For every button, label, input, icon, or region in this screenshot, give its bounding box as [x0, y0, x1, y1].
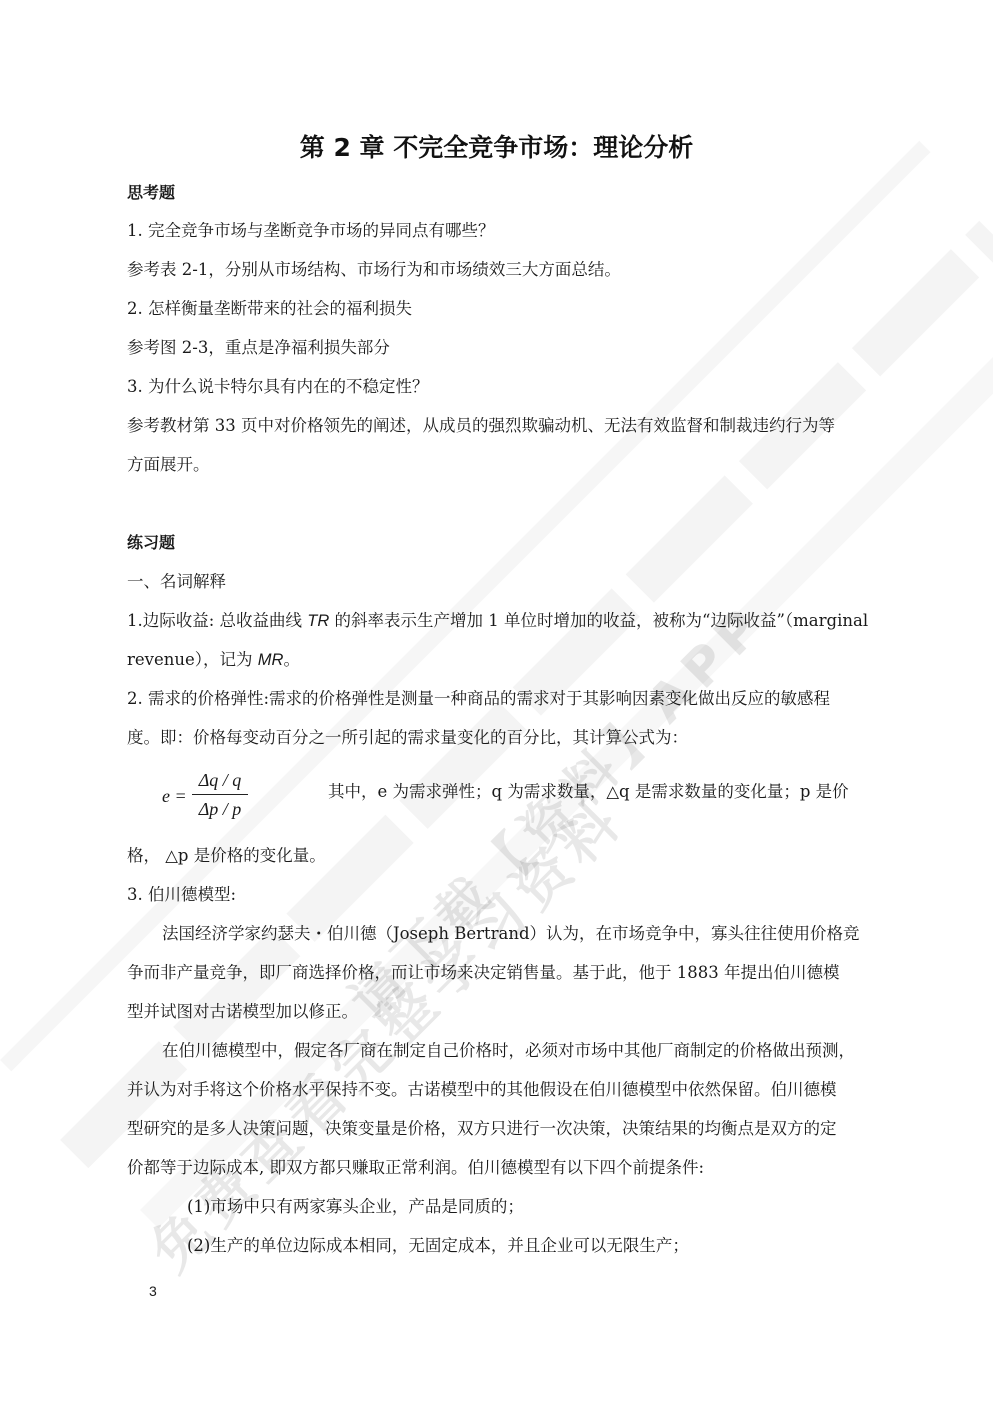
term-3-heading: 3. 伯川德模型: [127, 884, 872, 906]
term-3-para2-line1: 在伯川德模型中，假定各厂商在制定自己价格时，必须对市场中其他厂商制定的价格做出预… [127, 1040, 907, 1062]
formula-fraction: Δq / q Δp / p [192, 768, 248, 821]
text: 的斜率表示生产增加 1 单位时增加的收益，被称为“边际收益”（marginal [329, 611, 868, 630]
condition-1: (1)市场中只有两家寡头企业，产品是同质的； [127, 1196, 932, 1218]
formula-lhs: e = [162, 786, 187, 807]
text: revenue），记为 [127, 650, 258, 669]
symbol-tr: TR [307, 612, 329, 630]
term-3-para1-line2: 争而非产量竞争，即厂商选择价格，而让市场来决定销售量。基于此，他于 1883 年… [127, 962, 872, 984]
text: 。 [283, 650, 300, 669]
term-3-para2-line2: 并认为对手将这个价格水平保持不变。古诺模型中的其他假设在伯川德模型中依然保留。伯… [127, 1079, 872, 1101]
formula-explanation-line1: 其中，e 为需求弹性；q 为需求数量，△q 是需求数量的变化量；p 是价 [328, 781, 873, 803]
term-2-line1: 2. 需求的价格弹性:需求的价格弹性是测量一种商品的需求对于其影响因素变化做出反… [127, 688, 872, 710]
document-page: 第 2 章 不完全竞争市场：理论分析 思考题 1. 完全竞争市场与垄断竞争市场的… [0, 0, 993, 1404]
fraction-bar [192, 794, 248, 795]
formula-numerator: Δq / q [192, 768, 248, 792]
condition-2: (2)生产的单位边际成本相同，无固定成本，并且企业可以无限生产； [127, 1235, 932, 1257]
question-3: 3. 为什么说卡特尔具有内在的不稳定性？ [127, 376, 872, 398]
formula-explanation-line2: 格， △p 是价格的变化量。 [127, 845, 872, 867]
text: 1.边际收益: 总收益曲线 [127, 611, 307, 630]
term-3-para1-line3: 型并试图对古诺模型加以修正。 [127, 1001, 872, 1023]
answer-2: 参考图 2-3，重点是净福利损失部分 [127, 337, 872, 359]
term-3-para2-line3: 型研究的是多人决策问题，决策变量是价格，双方只进行一次决策，决策结果的均衡点是双… [127, 1118, 872, 1140]
answer-1: 参考表 2-1，分别从市场结构、市场行为和市场绩效三大方面总结。 [127, 259, 872, 281]
question-1: 1. 完全竞争市场与垄断竞争市场的异同点有哪些？ [127, 220, 872, 242]
term-3-para2-line4: 价都等于边际成本, 即双方都只赚取正常利润。伯川德模型有以下四个前提条件: [127, 1157, 872, 1179]
question-2: 2. 怎样衡量垄断带来的社会的福利损失 [127, 298, 872, 320]
term-2-line2: 度。即：价格每变动百分之一所引起的需求量变化的百分比，其计算公式为： [127, 727, 872, 749]
symbol-mr: MR [258, 651, 284, 669]
term-1-line1: 1.边际收益: 总收益曲线 TR 的斜率表示生产增加 1 单位时增加的收益，被称… [127, 610, 872, 632]
answer-3-line2: 方面展开。 [127, 454, 872, 476]
term-1-line2: revenue），记为 MR。 [127, 649, 872, 671]
section-heading-thinking: 思考题 [127, 182, 872, 204]
elasticity-formula: e = Δq / q Δp / p [162, 768, 272, 824]
subsection-heading-terms: 一、名词解释 [127, 571, 872, 593]
answer-3-line1: 参考教材第 33 页中对价格领先的阐述，从成员的强烈欺骗动机、无法有效监督和制裁… [127, 415, 872, 437]
chapter-title: 第 2 章 不完全竞争市场：理论分析 [0, 128, 993, 164]
section-heading-exercises: 练习题 [127, 532, 872, 554]
page-number: 3 [149, 1283, 157, 1299]
formula-denominator: Δp / p [192, 797, 248, 821]
term-3-para1-line1: 法国经济学家约瑟夫・伯川德（Joseph Bertrand）认为，在市场竞争中，… [127, 923, 907, 945]
